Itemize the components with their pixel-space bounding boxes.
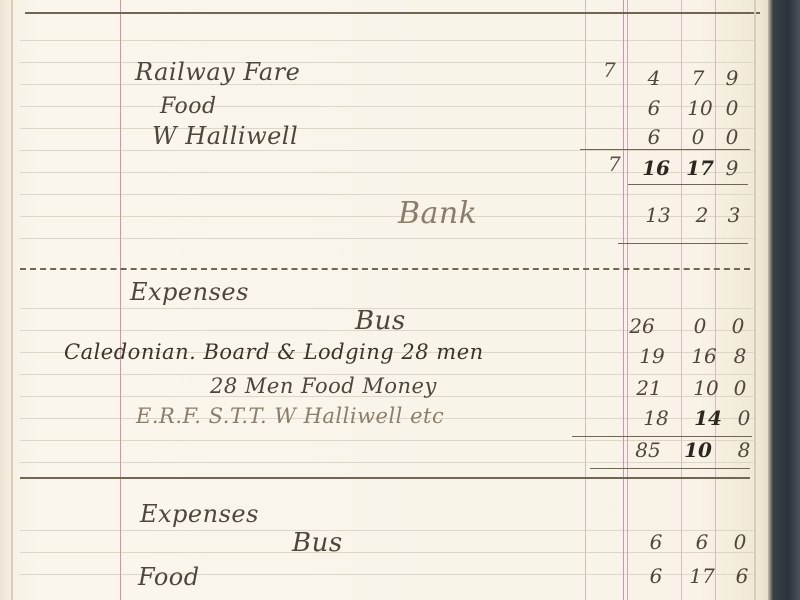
bank-shillings: 2: [690, 203, 714, 227]
ruling-line: [20, 238, 755, 239]
total-pence: 8: [732, 438, 756, 462]
entry-description: 28 Men Food Money: [210, 374, 437, 398]
section-divider: [20, 268, 750, 270]
entry-pence: 8: [728, 344, 752, 368]
sum-underline: [580, 149, 750, 150]
sum-underline: [572, 436, 752, 437]
total-shillings: 17: [686, 156, 714, 180]
entry-pounds: 4: [640, 66, 668, 90]
entry-pence: 0: [720, 125, 744, 149]
section-divider: [25, 12, 760, 14]
entry-description: Food: [160, 94, 217, 119]
entry-shillings: 7: [686, 66, 710, 90]
entry-pence: 0: [726, 314, 750, 338]
ruling-line: [20, 150, 755, 151]
entry-description: Caledonian. Board & Lodging 28 men: [64, 340, 484, 364]
entry-pounds: 21: [633, 376, 665, 400]
entry-pence: 0: [732, 406, 756, 430]
entry-description: Railway Fare: [135, 58, 300, 86]
bank-pence: 3: [722, 203, 746, 227]
entry-shillings: 6: [690, 530, 714, 554]
bank-pounds: 13: [642, 203, 674, 227]
total-pounds: 16: [640, 156, 672, 180]
ruling-line: [20, 194, 755, 195]
page-edge: [754, 0, 756, 600]
ruling-line: [20, 462, 755, 463]
entry-shillings: 10: [686, 96, 714, 120]
entry-description: W Halliwell: [152, 122, 298, 150]
entry-pounds: 19: [636, 344, 668, 368]
entry-pounds: 18: [640, 406, 672, 430]
entry-pence: 9: [720, 66, 744, 90]
margin-rule: [120, 0, 121, 600]
entry-pence: 0: [720, 96, 744, 120]
total-shillings: 10: [684, 438, 712, 462]
total-underline: [590, 468, 750, 469]
column-rule-pounds: [623, 0, 624, 600]
entry-shillings: 16: [690, 344, 718, 368]
entry-pence: 6: [730, 564, 754, 588]
entry-pounds: 6: [640, 96, 668, 120]
total-pence: 9: [720, 156, 744, 180]
page-fold-line: [11, 0, 13, 600]
entry-shillings: 0: [688, 314, 712, 338]
entry-description: Bus: [292, 528, 343, 558]
entry-shillings: 17: [688, 564, 716, 588]
section-heading: Expenses: [140, 500, 259, 528]
entry-shillings: 0: [686, 125, 710, 149]
entry-shillings: 10: [692, 376, 720, 400]
entry-pounds: 6: [644, 564, 668, 588]
bank-label: Bank: [398, 196, 477, 231]
total-pounds: 85: [628, 438, 668, 462]
entry-pounds: 6: [640, 125, 668, 149]
ruling-line: [20, 40, 755, 41]
column-rule-shillings: [681, 0, 682, 600]
bank-underline: [618, 243, 748, 244]
entry-pence: 0: [728, 376, 752, 400]
book-spine: [768, 0, 800, 600]
ledger-page: 7 Railway Fare 4 7 9 Food 6 10 0 W Halli…: [0, 0, 770, 600]
entry-pounds: 6: [644, 530, 668, 554]
entry-pounds: 26: [626, 314, 658, 338]
total-underline: [628, 184, 748, 185]
entry-description: Food: [138, 563, 200, 591]
total-marker: 7: [608, 152, 621, 176]
entry-shillings: 14: [694, 406, 722, 430]
column-rule-marker: [585, 0, 586, 600]
section-divider: [20, 477, 750, 479]
column-rule-pence: [715, 0, 716, 600]
entry-marker: 7: [603, 58, 616, 82]
section-heading: Expenses: [130, 278, 249, 306]
entry-pence: 0: [728, 530, 752, 554]
entry-description: Bus: [355, 306, 406, 336]
ruling-line: [20, 62, 755, 63]
column-rule-pounds-double: [627, 0, 628, 600]
entry-description: E.R.F. S.T.T. W Halliwell etc: [136, 404, 444, 428]
